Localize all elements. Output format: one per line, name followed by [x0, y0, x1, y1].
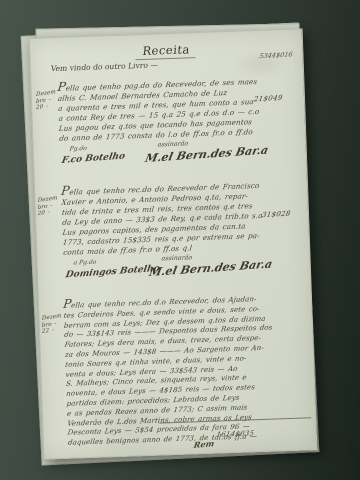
paid-mark: Pg.do: [69, 145, 87, 153]
page-title-text: Receita: [136, 42, 197, 60]
entry-lines: Pella que tenho pag.do do Recevedor, de …: [57, 74, 273, 143]
manuscript-page: Receita 5344$016 Vem vindo do outro Livr…: [29, 28, 318, 459]
signing-word: assinarão: [161, 254, 193, 262]
signature-left: F.co Botelho: [61, 152, 126, 166]
signature-row: Pg.do assinarão F.co Botelho M.el Bern.d…: [59, 136, 274, 183]
carried-forward-note: Vem vindo do outro Livro —: [50, 60, 159, 73]
total-amount: 1614$035: [216, 428, 255, 438]
carried-forward-amount: 5344$016: [259, 50, 293, 60]
entry-lines: Pella que tenho rec.do do Recevedor de F…: [61, 178, 277, 257]
signature-row: a Pg.do assinarão Domingos Botelho M.el …: [63, 250, 278, 297]
signature-left: Domingos Botelho: [65, 264, 161, 281]
footer-flourish: Rem: [193, 438, 215, 450]
ledger-entry: Pella que tenho rec.do do Recevedor de F…: [61, 178, 279, 297]
paid-mark: a Pg.do: [73, 259, 97, 267]
photo-backdrop: Receita 5344$016 Vem vindo do outro Livr…: [0, 0, 360, 480]
ledger-entry: Pella que tenho pag.do do Recevedor, de …: [57, 74, 274, 183]
signing-word: assinarão: [157, 140, 189, 148]
